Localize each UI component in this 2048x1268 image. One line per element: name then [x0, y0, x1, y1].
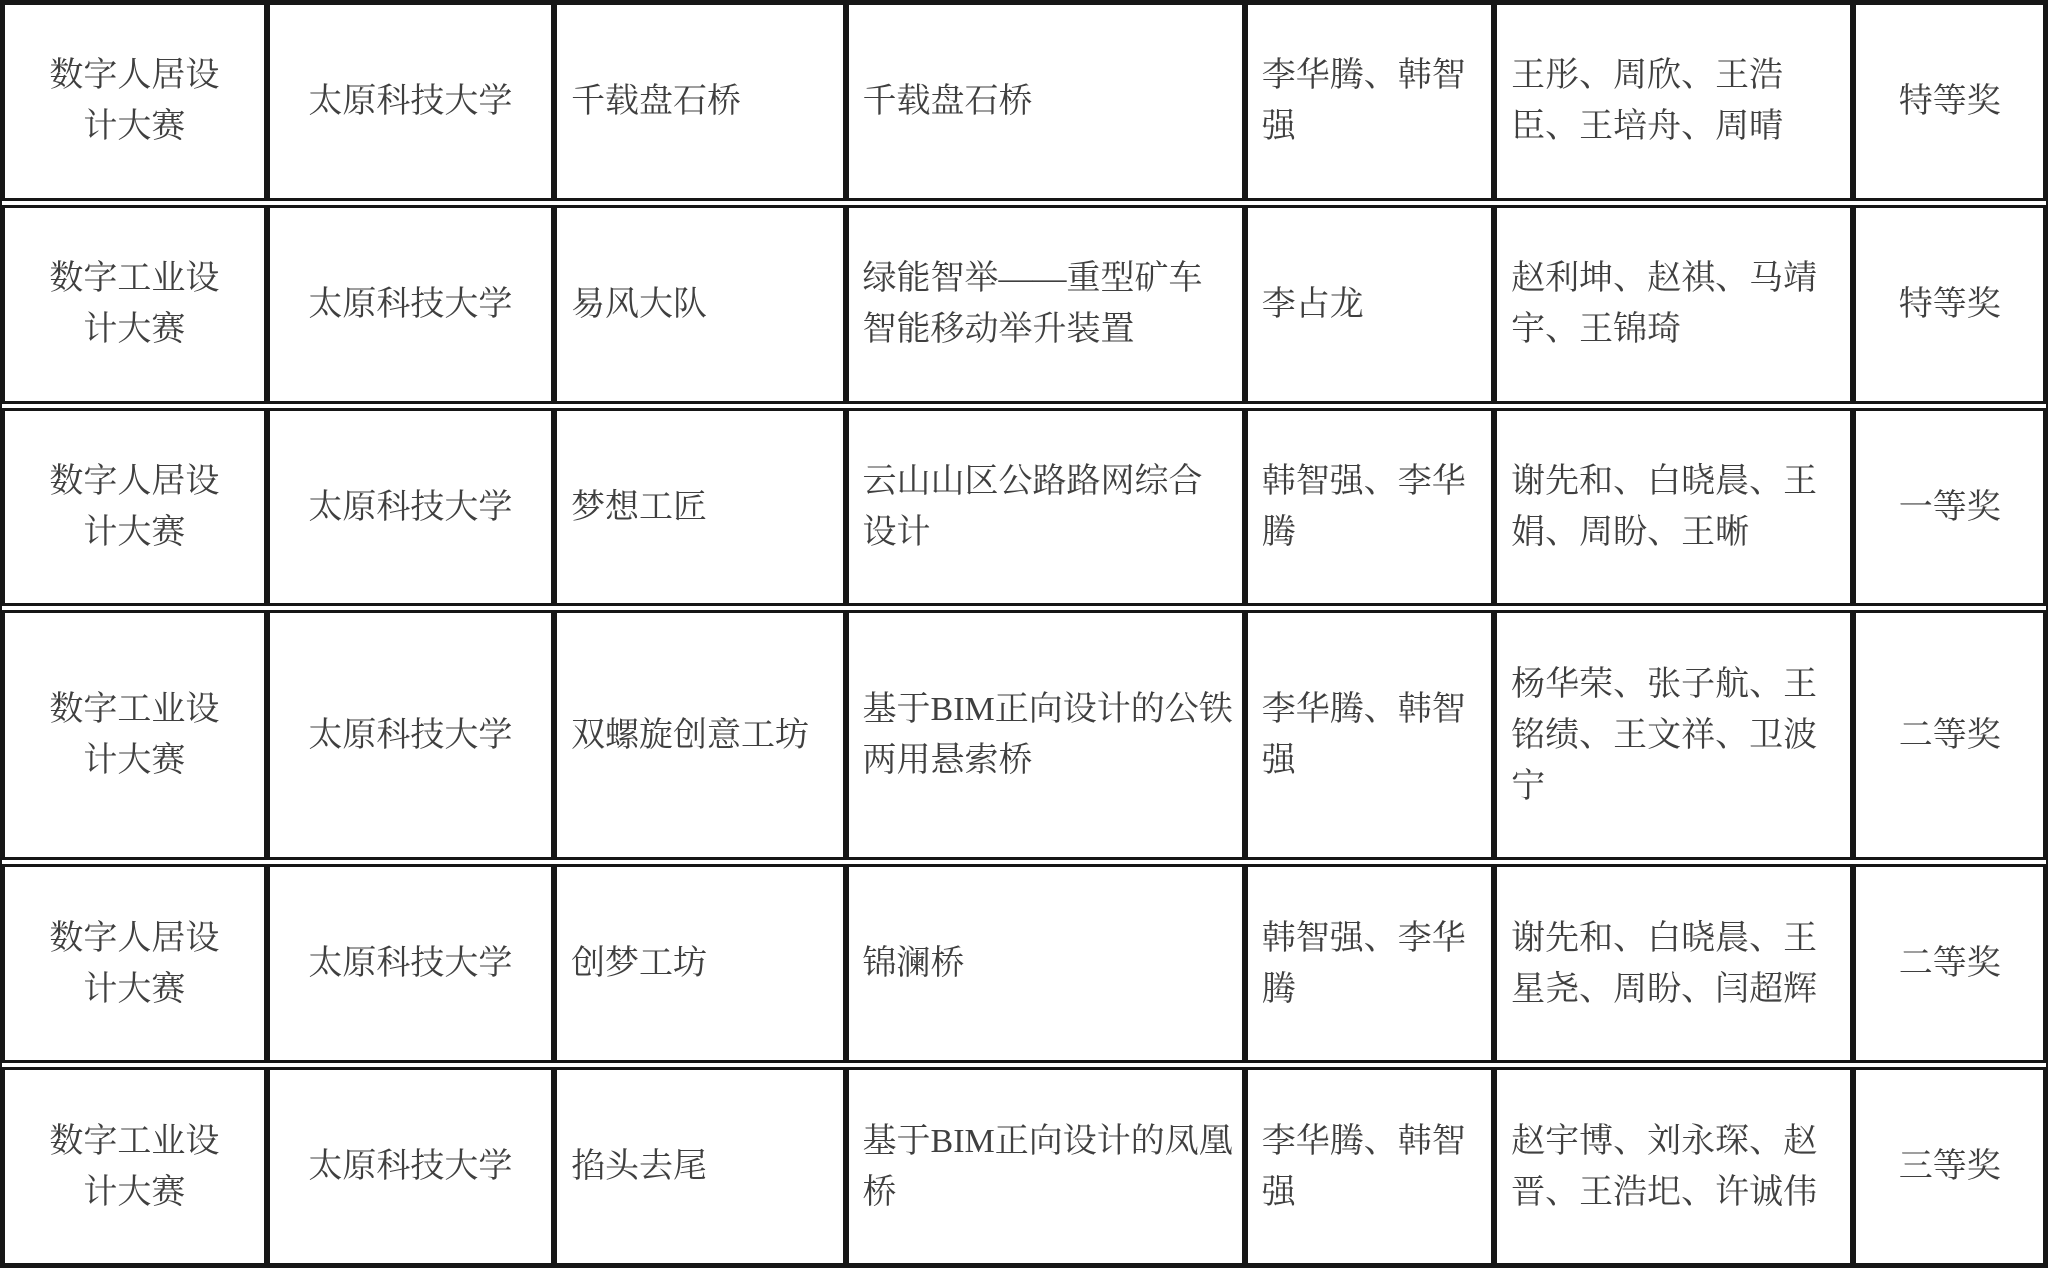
table-row: 数字工业设 计大赛 太原科技大学 双螺旋创意工坊 基于BIM正向设计的公铁两用悬…	[2, 610, 2046, 860]
cell-project: 云山山区公路路网综合设计	[846, 408, 1245, 607]
cell-advisors: 李华腾、韩智强	[1245, 2, 1494, 201]
cell-team: 掐头去尾	[554, 1067, 845, 1266]
cell-competition: 数字人居设 计大赛	[2, 864, 267, 1063]
cell-team: 梦想工匠	[554, 408, 845, 607]
cell-award: 二等奖	[1853, 864, 2046, 1063]
cell-members: 赵利坤、赵祺、马靖宇、王锦琦	[1494, 205, 1853, 404]
cell-members: 谢先和、白晓晨、王星尧、周盼、闫超辉	[1494, 864, 1853, 1063]
cell-advisors: 李华腾、韩智强	[1245, 610, 1494, 860]
table-row: 数字工业设 计大赛 太原科技大学 易风大队 绿能智举——重型矿车智能移动举升装置…	[2, 205, 2046, 404]
cell-project: 锦澜桥	[846, 864, 1245, 1063]
cell-advisors: 李华腾、韩智强	[1245, 1067, 1494, 1266]
cell-award: 三等奖	[1853, 1067, 2046, 1266]
cell-team: 双螺旋创意工坊	[554, 610, 845, 860]
cell-university: 太原科技大学	[267, 205, 554, 404]
table-row: 数字工业设 计大赛 太原科技大学 掐头去尾 基于BIM正向设计的凤凰桥 李华腾、…	[2, 1067, 2046, 1266]
cell-competition: 数字工业设 计大赛	[2, 1067, 267, 1266]
cell-university: 太原科技大学	[267, 610, 554, 860]
cell-competition: 数字工业设 计大赛	[2, 205, 267, 404]
cell-team: 易风大队	[554, 205, 845, 404]
cell-team: 创梦工坊	[554, 864, 845, 1063]
cell-university: 太原科技大学	[267, 864, 554, 1063]
cell-university: 太原科技大学	[267, 1067, 554, 1266]
cell-competition: 数字人居设 计大赛	[2, 2, 267, 201]
cell-university: 太原科技大学	[267, 2, 554, 201]
cell-members: 杨华荣、张子航、王铭绩、王文祥、卫波宁	[1494, 610, 1853, 860]
document-page: 数字人居设 计大赛 太原科技大学 千载盘石桥 千载盘石桥 李华腾、韩智强 王彤、…	[0, 0, 2048, 1268]
cell-project: 基于BIM正向设计的公铁两用悬索桥	[846, 610, 1245, 860]
cell-advisors: 韩智强、李华腾	[1245, 864, 1494, 1063]
awards-table: 数字人居设 计大赛 太原科技大学 千载盘石桥 千载盘石桥 李华腾、韩智强 王彤、…	[0, 0, 2048, 1268]
cell-advisors: 韩智强、李华腾	[1245, 408, 1494, 607]
cell-project: 千载盘石桥	[846, 2, 1245, 201]
table-row: 数字人居设 计大赛 太原科技大学 创梦工坊 锦澜桥 韩智强、李华腾 谢先和、白晓…	[2, 864, 2046, 1063]
cell-members: 谢先和、白晓晨、王娟、周盼、王晰	[1494, 408, 1853, 607]
cell-members: 赵宇博、刘永琛、赵晋、王浩圯、许诚伟	[1494, 1067, 1853, 1266]
cell-award: 特等奖	[1853, 2, 2046, 201]
cell-university: 太原科技大学	[267, 408, 554, 607]
cell-award: 特等奖	[1853, 205, 2046, 404]
cell-award: 一等奖	[1853, 408, 2046, 607]
cell-advisors: 李占龙	[1245, 205, 1494, 404]
cell-project: 基于BIM正向设计的凤凰桥	[846, 1067, 1245, 1266]
cell-project: 绿能智举——重型矿车智能移动举升装置	[846, 205, 1245, 404]
cell-team: 千载盘石桥	[554, 2, 845, 201]
cell-members: 王彤、周欣、王浩臣、王培舟、周晴	[1494, 2, 1853, 201]
cell-competition: 数字人居设 计大赛	[2, 408, 267, 607]
cell-award: 二等奖	[1853, 610, 2046, 860]
table-row: 数字人居设 计大赛 太原科技大学 千载盘石桥 千载盘石桥 李华腾、韩智强 王彤、…	[2, 2, 2046, 201]
table-row: 数字人居设 计大赛 太原科技大学 梦想工匠 云山山区公路路网综合设计 韩智强、李…	[2, 408, 2046, 607]
cell-competition: 数字工业设 计大赛	[2, 610, 267, 860]
